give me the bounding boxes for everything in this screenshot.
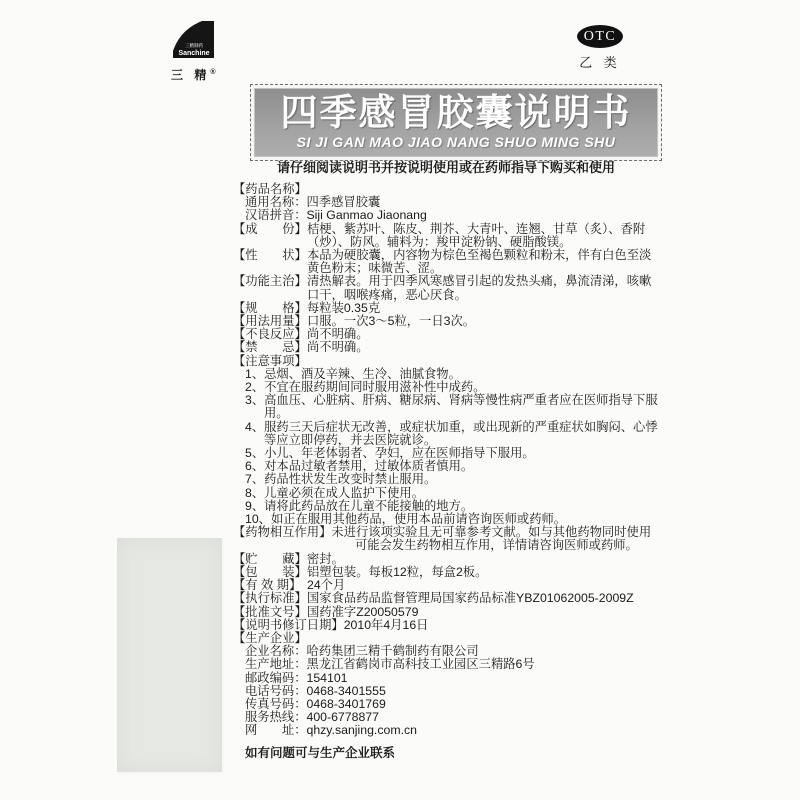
section-text: 3、高血压、心脏病、肝病、糖尿病、肾病等慢性病严重者应在医师指导下服用。 <box>245 393 658 420</box>
section-text: 尚不明确。 <box>307 340 369 354</box>
title-banner-inner: 四季感冒胶囊说明书 SI JI GAN MAO JIAO NANG SHUO M… <box>254 88 658 157</box>
section-text: 9、请将此药品放在儿童不能接触的地方。 <box>245 499 473 513</box>
section-label: 【说明书修订日期】 <box>233 618 344 632</box>
section-label: 【性 状】 <box>233 249 307 262</box>
section-text: 汉语拼音：Siji Ganmao Jiaonang <box>245 208 427 222</box>
section-standard: 【执行标准】国家食品药品监督管理局国家药品标准YBZ01062005-2009Z <box>233 592 661 605</box>
otc-badge: OTC 乙 类 <box>574 25 626 71</box>
section-label: 【注意事项】 <box>233 354 307 368</box>
scan-artifact-strip <box>117 538 222 772</box>
logo-brand-cn-text: 三 精 <box>171 68 210 82</box>
section-text: 国家食品药品监督管理局国家药品标准YBZ01062005-2009Z <box>307 591 634 605</box>
section-text: 未进行该项实验且无可靠参考文献。如与其他药物同时使用可能会发生药物相互作用，详情… <box>331 525 651 552</box>
section-label: 【贮 藏】 <box>233 553 307 566</box>
section-text: 电话号码：0468-3401555 <box>245 684 386 698</box>
section-text: 企业名称：哈药集团三精千鹤制药有限公司 <box>245 644 479 658</box>
section-description: 【性 状】本品为硬胶囊，内容物为棕色至褐色颗粒和粉末，伴有白色至淡黄色粉末；味微… <box>233 249 661 275</box>
page-title: 四季感冒胶囊说明书 <box>255 93 657 133</box>
otc-class-label: 乙 类 <box>574 52 626 71</box>
section-drug-interactions: 【药物相互作用】未进行该项实验且无可靠参考文献。如与其他药物同时使用可能会发生药… <box>233 526 661 552</box>
section-text: 10、如正在服用其他药品，使用本品前请咨询医师或药师。 <box>245 512 566 526</box>
leaflet-page: 三精制药 Sanchine 三 精® OTC 乙 类 四季感冒胶囊说明书 SI … <box>0 0 800 800</box>
brand-logo: 三精制药 Sanchine 三 精® <box>171 21 215 83</box>
section-text: 传真号码：0468-3401769 <box>245 697 386 711</box>
field-website: 网 址：qhzy.sanjing.com.cn <box>233 724 661 737</box>
section-text: 1、忌烟、酒及辛辣、生冷、油腻食物。 <box>245 367 461 381</box>
section-composition: 【成 份】桔梗、紫苏叶、陈皮、荆芥、大青叶、连翘、甘草（炙）、香附（炒）、防风。… <box>233 223 661 249</box>
section-label: 【生产企业】 <box>233 631 307 645</box>
section-label: 【成 份】 <box>233 223 307 236</box>
section-text: 密封。 <box>307 552 344 566</box>
section-text: 每粒装0.35克 <box>307 301 380 315</box>
section-text: 2、不宜在服药期间同时服用滋补性中成药。 <box>245 380 485 394</box>
section-text: 7、药品性状发生改变时禁止服用。 <box>245 472 436 486</box>
document-body: 【药品名称】通用名称：四季感冒胶囊汉语拼音：Siji Ganmao Jiaona… <box>233 183 661 760</box>
section-label: 【功能主治】 <box>233 275 307 288</box>
contact-footer: 如有问题可与生产企业联系 <box>233 747 661 760</box>
section-text: 8、儿童必须在成人监护下使用。 <box>245 486 424 500</box>
logo-small-text: 三精制药 <box>185 42 203 49</box>
section-text: 清热解表。用于四季风寒感冒引起的发热头痛，鼻流清涕，咳嗽口干，咽喉疼痛，恶心厌食… <box>307 274 651 301</box>
section-text: 邮政编码：154101 <box>245 671 348 685</box>
section-indications: 【功能主治】清热解表。用于四季风寒感冒引起的发热头痛，鼻流清涕，咳嗽口干，咽喉疼… <box>233 275 661 301</box>
section-label: 【药物相互作用】 <box>233 526 331 539</box>
advisory-line: 请仔细阅读说明书并按说明使用或在药师指导下购买和使用 <box>233 157 659 176</box>
section-text: 2010年4月16日 <box>344 618 429 632</box>
section-text: 网 址：qhzy.sanjing.com.cn <box>245 723 417 737</box>
section-text: 24个月 <box>307 578 345 592</box>
sanchine-logo-icon: 三精制药 Sanchine <box>172 21 214 59</box>
section-text: 口服。一次3～5粒，一日3次。 <box>307 314 475 328</box>
section-label: 【药品名称】 <box>233 182 307 196</box>
section-text: 国药准字Z20050579 <box>307 605 418 619</box>
title-banner: 四季感冒胶囊说明书 SI JI GAN MAO JIAO NANG SHUO M… <box>250 84 662 161</box>
section-text: 铝塑包装。每板12粒，每盒2板。 <box>307 565 487 579</box>
logo-brand-cn: 三 精® <box>171 66 215 83</box>
page-title-pinyin: SI JI GAN MAO JIAO NANG SHUO MING SHU <box>255 134 657 150</box>
section-text: 4、服药三天后症状无改善，或症状加重，或出现新的严重症状如胸闷、心悸等应立即停药… <box>245 420 658 447</box>
precaution-item: 4、服药三天后症状无改善，或症状加重，或出现新的严重症状如胸闷、心悸等应立即停药… <box>233 421 661 447</box>
section-text: 桔梗、紫苏叶、陈皮、荆芥、大青叶、连翘、甘草（炙）、香附（炒）、防风。辅料为：羧… <box>307 222 645 249</box>
otc-oval-icon: OTC <box>577 25 623 48</box>
section-label: 【执行标准】 <box>233 592 307 605</box>
registered-mark: ® <box>210 69 215 76</box>
section-text: 本品为硬胶囊，内容物为棕色至褐色颗粒和粉末，伴有白色至淡黄色粉末；味微苦、涩。 <box>307 248 651 275</box>
logo-brand-en: Sanchine <box>178 50 209 57</box>
section-text: 生产地址：黑龙江省鹤岗市高科技工业园区三精路6号 <box>245 657 535 671</box>
precaution-item: 3、高血压、心脏病、肝病、糖尿病、肾病等慢性病严重者应在医师指导下服用。 <box>233 394 661 420</box>
section-text: 5、小儿、年老体弱者、孕妇，应在医师指导下服用。 <box>245 446 535 460</box>
